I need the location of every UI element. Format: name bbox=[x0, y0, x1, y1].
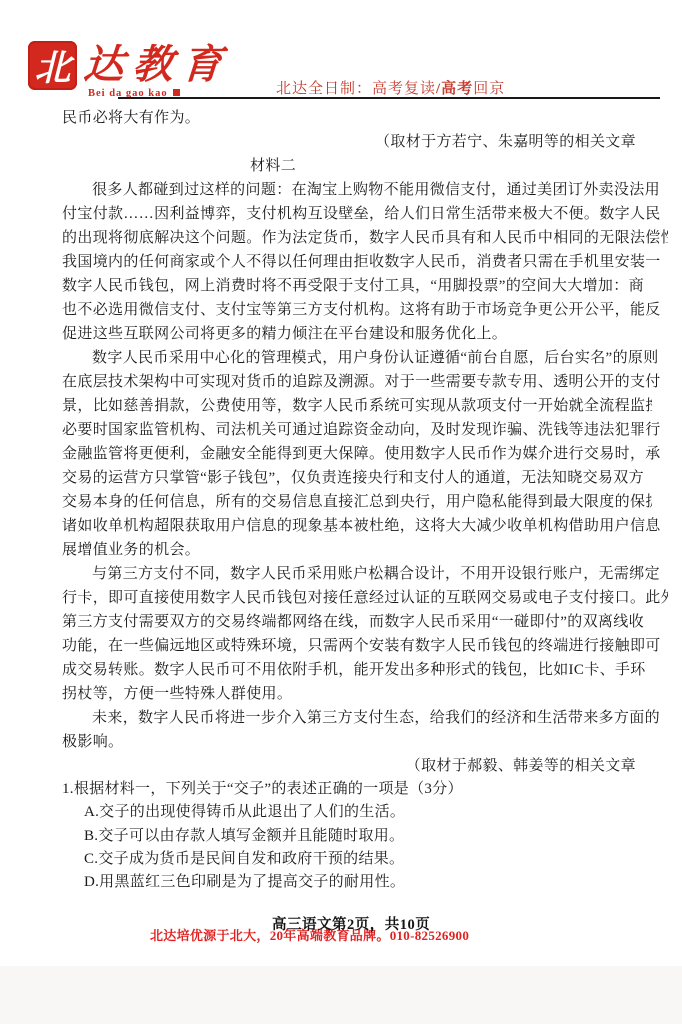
text-line: 付宝付款……因利益博弈，支付机构互设壁垒，给人们日常生活带来极大不便。数字人民 bbox=[62, 202, 682, 226]
text-line: 材料二 bbox=[62, 154, 682, 178]
text-line: 极影响。 bbox=[62, 730, 682, 754]
text-line: 在底层技术架构中可实现对货币的追踪及溯源。对于一些需要专款专用、透明公开的支付 bbox=[62, 370, 682, 394]
text-line: （取材于郝毅、韩姜等的相关文章 bbox=[62, 754, 682, 778]
logo-square-icon bbox=[173, 89, 180, 96]
slogan-pre: 北达全日制：高考复读 bbox=[276, 81, 436, 97]
header-rule bbox=[118, 97, 660, 99]
slogan-bold: /高考 bbox=[436, 81, 473, 97]
text-line: 未来，数字人民币将进一步介入第三方支付生态，给我们的经济和生活带来多方面的 bbox=[62, 706, 682, 730]
text-line: 拐杖等，方便一些特殊人群使用。 bbox=[62, 682, 682, 706]
text-line: 促进这些互联网公司将更多的精力倾注在平台建设和服务优化上。 bbox=[62, 322, 682, 346]
text-line: 交易的运营方只掌管“影子钱包”，仅负责连接央行和支付人的通道，无法知晓交易双方 bbox=[62, 466, 682, 490]
text-line: 也不必选用微信支付、支付宝等第三方支付机构。这将有助于市场竞争更公开公平，能反 bbox=[62, 298, 682, 322]
header-slogan: 北达全日制：高考复读/高考回京 bbox=[276, 77, 505, 98]
text-line: 交易本身的任何信息，所有的交易信息直接汇总到央行，用户隐私能得到最大限度的保护 bbox=[62, 490, 682, 514]
text-line: （取材于方若宁、朱嘉明等的相关文章 bbox=[62, 130, 682, 154]
text-line: 的出现将彻底解决这个问题。作为法定货币，数字人民币具有和人民币中相同的无限法偿性 bbox=[62, 226, 682, 250]
header: 北 达教育 Bei da gao kao 北达全日制：高考复读/高考回京 bbox=[0, 0, 682, 106]
text-line: A.交子的出现使得铸币从此退出了人们的生活。 bbox=[62, 801, 682, 824]
footer-page-info: 高三语文第2页，共10页 bbox=[272, 913, 430, 934]
text-line: 我国境内的任何商家或个人不得以任何理由拒收数字人民币，消费者只需在手机里安装一 bbox=[62, 250, 682, 274]
text-line: 数字人民币钱包，网上消费时将不再受限于支付工具，“用脚投票”的空间大大增加：商 bbox=[62, 274, 682, 298]
text-line: 与第三方支付不同，数字人民币采用账户松耦合设计，不用开设银行账户，无需绑定 bbox=[62, 562, 682, 586]
text-line: 必要时国家监管机构、司法机关可通过追踪资金动向，及时发现诈骗、洗钱等违法犯罪行 bbox=[62, 418, 682, 442]
text-line: 诸如收单机构超限获取用户信息的现象基本被杜绝，这将大大减少收单机构借助用户信息 bbox=[62, 514, 682, 538]
text-line: 成交易转账。数字人民币可不用依附手机，能开发出多种形式的钱包，比如IC卡、手环 bbox=[62, 658, 682, 682]
exam-page: 北 达教育 Bei da gao kao 北达全日制：高考复读/高考回京 民币必… bbox=[0, 0, 682, 1024]
text-line: 数字人民币采用中心化的管理模式，用户身份认证遵循“前台自愿，后台实名”的原则 bbox=[62, 346, 682, 370]
clipped-character: 外 bbox=[661, 586, 668, 610]
text-line: 展增值业务的机会。 bbox=[62, 538, 682, 562]
text-line: 民币必将大有作为。 bbox=[62, 106, 682, 130]
text-line: C.交子成为货币是民间自发和政府干预的结果。 bbox=[62, 848, 682, 871]
text-line: 功能，在一些偏远地区或特殊环境，只需两个安装有数字人民币钱包的终端进行接触即可 bbox=[62, 634, 682, 658]
scan-edge bbox=[0, 966, 682, 1024]
clipped-character: 性 bbox=[661, 226, 668, 250]
clipped-character: 护 bbox=[645, 490, 652, 514]
text-line: 第三方支付需要双方的交易终端都网络在线，而数字人民币采用“一碰即付”的双离线收 bbox=[62, 610, 682, 634]
text-line: 很多人都碰到过这样的问题：在淘宝上购物不能用微信支付，通过美团订外卖没法用 bbox=[62, 178, 682, 202]
clipped-character: 控 bbox=[645, 394, 652, 418]
logo-wordmark: 达教育 bbox=[82, 33, 233, 90]
text-line: 金融监管将更便利，金融安全能得到更大保障。使用数字人民币作为媒介进行交易时，承 bbox=[62, 442, 682, 466]
logo-seal: 北 bbox=[28, 41, 77, 90]
text-line: 1.根据材料一，下列关于“交子”的表述正确的一项是（3分） bbox=[62, 778, 682, 801]
document-body: 民币必将大有作为。（取材于方若宁、朱嘉明等的相关文章材料二很多人都碰到过这样的问… bbox=[62, 106, 682, 894]
text-line: D.用黑蓝红三色印刷是为了提高交子的耐用性。 bbox=[62, 871, 682, 894]
text-lines: 民币必将大有作为。（取材于方若宁、朱嘉明等的相关文章材料二很多人都碰到过这样的问… bbox=[62, 106, 682, 894]
slogan-post: 回京 bbox=[473, 81, 505, 97]
text-line: B.交子可以由存款人填写金额并且能随时取用。 bbox=[62, 825, 682, 848]
text-line: 景，比如慈善捐款，公费使用等，数字人民币系统可实现从款项支付一开始就全流程监控 bbox=[62, 394, 682, 418]
logo-seal-char: 北 bbox=[34, 40, 70, 91]
text-line: 行卡，即可直接使用数字人民币钱包对接任意经过认证的互联网交易或电子支付接口。此外 bbox=[62, 586, 682, 610]
